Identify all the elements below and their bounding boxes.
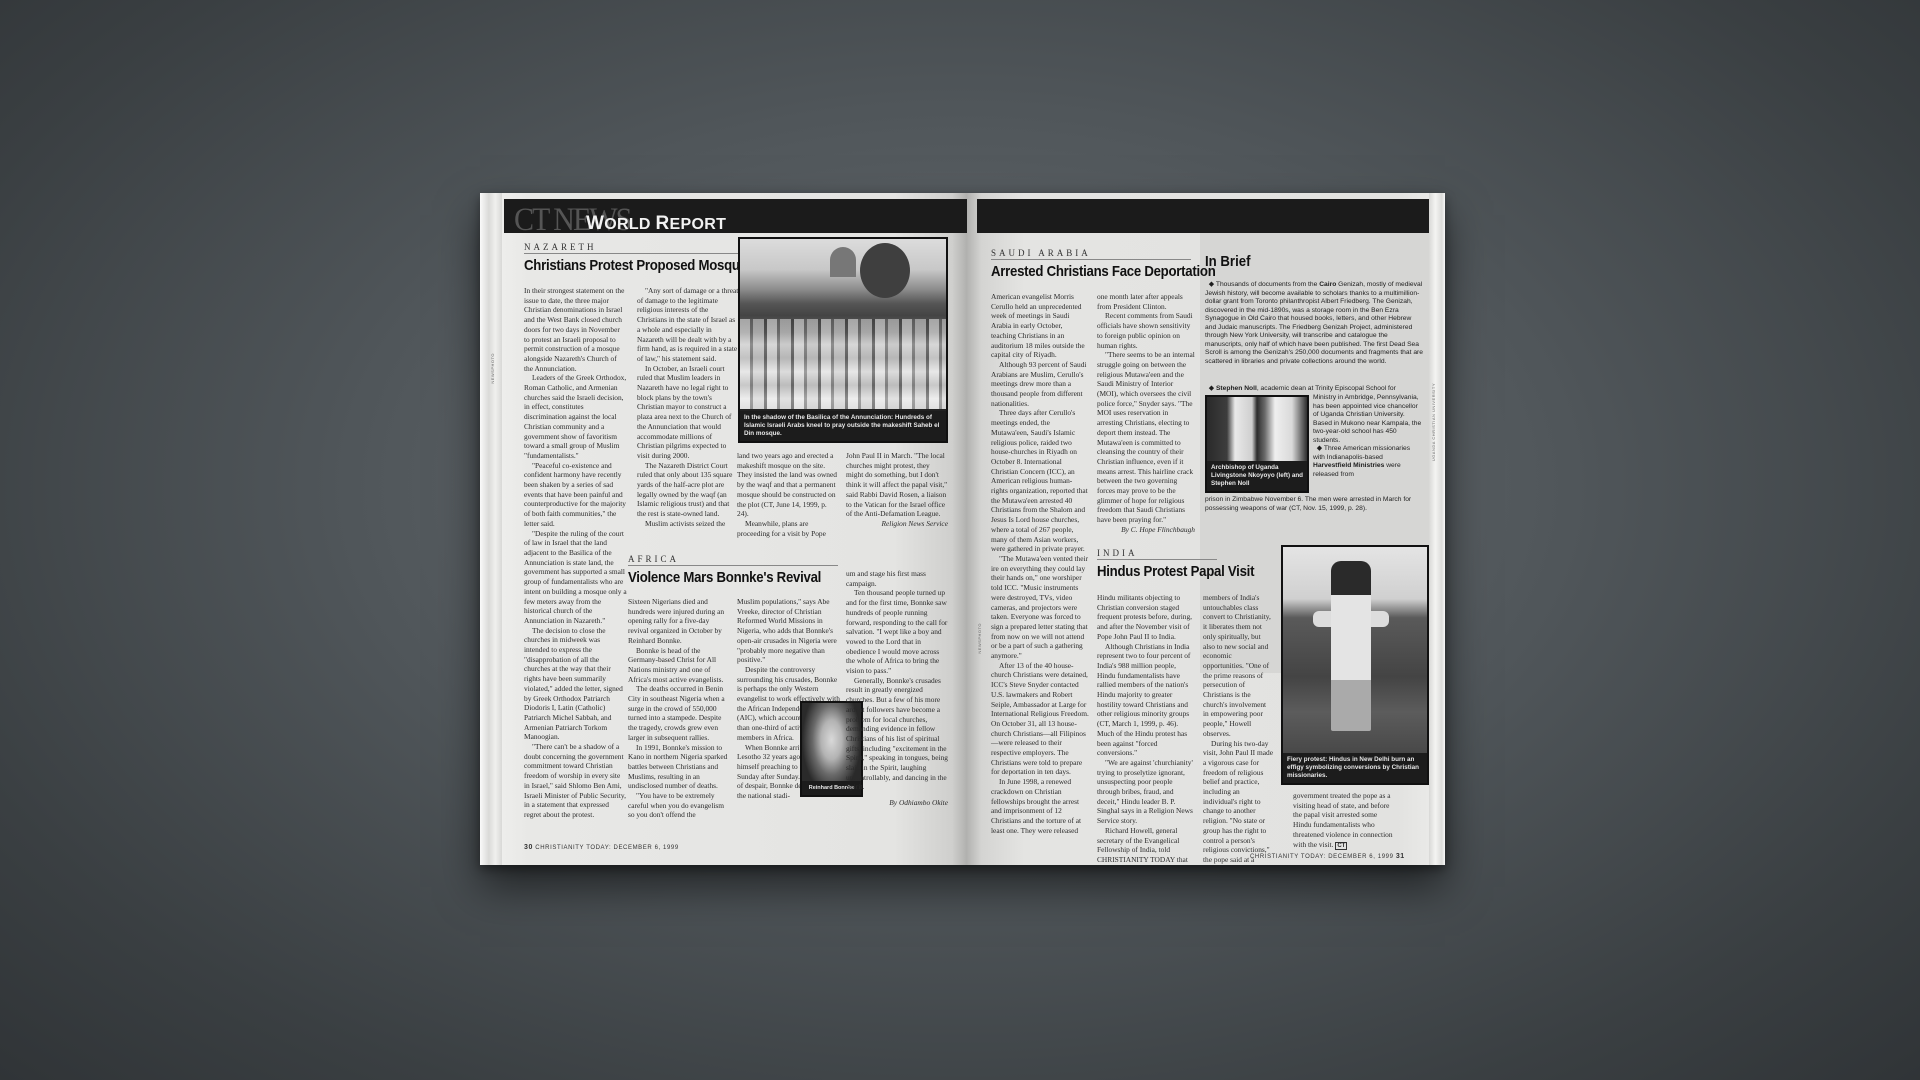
in-brief-item-noll-cont: Ministry in Ambridge, Pennsylvania, has … [1313,394,1423,479]
world-report-title: WORLD REPORT [586,213,726,235]
in-brief-item-noll: ◆ Stephen Noll, academic dean at Trinity… [1205,385,1423,394]
page-edge [480,193,502,865]
effigy-photo: Fiery protest: Hindus in New Delhi burn … [1281,545,1429,785]
article-column: members of India's untouchables class co… [1203,593,1273,865]
left-page: CT NEWS WORLD REPORT NEWSPHOTO NAZARETH … [480,193,967,865]
photo-credit: UGANDA CHRISTIAN UNIVERSITY [1431,383,1436,461]
diamond-bullet-icon: ◆ [1209,385,1214,392]
end-mark-icon: CT [1335,842,1347,850]
page-folio: CHRISTIANITY TODAY: DECEMBER 6, 1999 31 [1250,853,1405,860]
section-banner [977,199,1429,233]
in-brief-title: In Brief [1205,253,1250,270]
article-column: "Any sort of damage or a threat of damag… [637,286,740,529]
mosque-photo: In the shadow of the Basilica of the Ann… [738,237,948,443]
byline: Religion News Service [846,519,948,529]
right-page: NEWSPHOTO SAUDI ARABIA Arrested Christia… [967,193,1445,865]
photo-credit: NEWSPHOTO [977,623,982,654]
article-column: Muslim populations," says Abe Vreeke, di… [737,597,797,801]
article-column: John Paul II in March. "The local church… [846,451,948,529]
section-banner: CT NEWS WORLD REPORT [504,199,967,233]
divider [1097,559,1217,560]
headline-india: Hindus Protest Papal Visit [1097,563,1254,580]
article-column: um and stage his first mass campaign. Te… [846,569,948,808]
dateline-india: INDIA [1097,548,1138,558]
headline-saudi-arabia: Arrested Christians Face Deportation [991,263,1215,280]
page-edge [1429,193,1445,865]
dateline-saudi-arabia: SAUDI ARABIA [991,248,1091,258]
divider [524,253,738,254]
photo-caption: In the shadow of the Basilica of the Ann… [740,411,946,441]
article-column: Hindu militants objecting to Christian c… [1097,593,1195,865]
divider [991,259,1191,260]
divider [628,565,838,566]
headline-africa: Violence Mars Bonnke's Revival [628,569,821,586]
diamond-bullet-icon: ◆ [1317,445,1322,452]
magazine-spread: CT NEWS WORLD REPORT NEWSPHOTO NAZARETH … [480,193,1445,865]
byline: By Odhiambo Okite [846,798,948,808]
headline-nazareth: Christians Protest Proposed Mosque [524,257,747,274]
photo-caption: Fiery protest: Hindus in New Delhi burn … [1283,753,1427,783]
in-brief-item-harvestfield-cont: prison in Zimbabwe November 6. The men w… [1205,496,1423,513]
article-column: land two years ago and erected a makeshi… [737,451,839,538]
article-column: American evangelist Morris Cerullo held … [991,292,1089,835]
noll-photo: Archbishop of Uganda Livingstone Nkoyoyo… [1205,395,1309,493]
article-column: one month later after appeals from Presi… [1097,292,1195,535]
photo-credit: NEWSPHOTO [490,353,495,384]
article-column: Sixteen Nigerians died and hundreds were… [628,597,731,820]
dateline-africa: AFRICA [628,554,679,564]
in-brief-item-cairo: ◆ Thousands of documents from the Cairo … [1205,281,1423,366]
diamond-bullet-icon: ◆ [1209,281,1214,288]
dateline-nazareth: NAZARETH [524,242,597,252]
photo-caption: Archbishop of Uganda Livingstone Nkoyoyo… [1207,461,1307,491]
byline: By C. Hope Flinchbaugh [1097,525,1195,535]
article-column: government treated the pope as a visitin… [1293,791,1397,851]
page-folio: 30 CHRISTIANITY TODAY: DECEMBER 6, 1999 [524,844,679,851]
article-column: In their strongest statement on the issu… [524,286,627,820]
